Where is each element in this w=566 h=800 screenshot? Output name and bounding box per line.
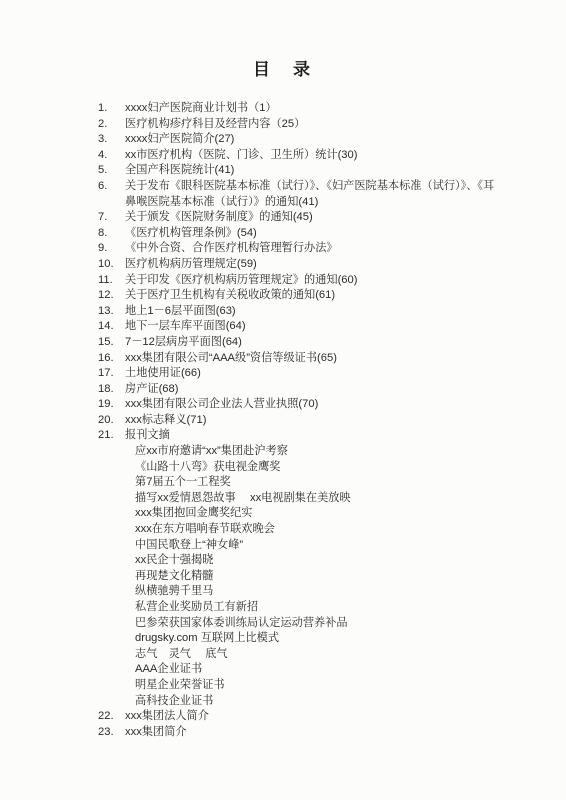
toc-item-text: 全国产科医院统计(41) — [125, 163, 500, 179]
toc-item-text: 7－12层病房平面图(64) — [125, 335, 500, 351]
toc-item-text: 报刊文摘 — [125, 428, 500, 444]
toc-subitem: 纵横驰骋千里马 — [135, 584, 500, 600]
toc-item-text: 《医疗机构管理条例》(54) — [125, 226, 500, 242]
toc-item: 1.xxxx妇产医院商业计划书（1） — [98, 101, 500, 117]
toc-subitem: xxx集团抱回金鹰奖纪实 — [135, 506, 500, 522]
toc-item: 11.关于印发《医疗机构病历管理规定》的通知(60) — [98, 273, 500, 289]
toc-item-number: 5. — [98, 163, 125, 179]
toc-item: 18.房产证(68) — [98, 382, 500, 398]
toc-item-number: 11. — [98, 273, 125, 289]
toc-item-text: xxx集团法人简介 — [125, 709, 500, 725]
toc-item-number: 20. — [98, 413, 125, 429]
toc-item-text: 关于发布《眼科医院基本标准（试行）》、《妇产医院基本标准（试行）》、《耳鼻喉医院… — [125, 179, 500, 210]
toc-subitem: 中国民歌登上“神女峰” — [135, 538, 500, 554]
toc-subitem: 再现楚文化精髓 — [135, 569, 500, 585]
toc-item-number: 2. — [98, 117, 125, 133]
toc-item: 9.《中外合资、合作医疗机构管理暂行办法》 — [98, 241, 500, 257]
toc-item-number: 19. — [98, 397, 125, 413]
toc-subitem: 私营企业奖励员工有新招 — [135, 600, 500, 616]
toc-item-number: 10. — [98, 257, 125, 273]
toc-subitem: xxx在东方唱响春节联欢晚会 — [135, 522, 500, 538]
toc-item-text: 关于医疗卫生机构有关税收政策的通知(61) — [125, 288, 500, 304]
toc-item: 22.xxx集团法人简介 — [98, 709, 500, 725]
toc-item: 6.关于发布《眼科医院基本标准（试行）》、《妇产医院基本标准（试行）》、《耳鼻喉… — [98, 179, 500, 210]
toc-item-number: 6. — [98, 179, 125, 195]
toc-item: 16.xxx集团有限公司“AAA级”资信等级证书(65) — [98, 351, 500, 367]
toc-item: 5.全国产科医院统计(41) — [98, 163, 500, 179]
toc-item: 10.医疗机构病历管理规定(59) — [98, 257, 500, 273]
toc-item-number: 7. — [98, 210, 125, 226]
toc-item-text: xxx标志释义(71) — [125, 413, 500, 429]
toc-list: 1.xxxx妇产医院商业计划书（1）2.医疗机构疹疗科目及经营内容（25）3.x… — [0, 101, 566, 740]
toc-item-number: 16. — [98, 351, 125, 367]
toc-item-text: 地上1－6层平面图(63) — [125, 304, 500, 320]
toc-subitem: 高科技企业证书 — [135, 694, 500, 710]
toc-subitem: 应xx市府邀请“xx”集团赴沪考察 — [135, 444, 500, 460]
toc-item: 12.关于医疗卫生机构有关税收政策的通知(61) — [98, 288, 500, 304]
toc-subitem: 志气 灵气 底气 — [135, 647, 500, 663]
toc-item: 23.xxx集团简介 — [98, 725, 500, 741]
toc-subitem: 明星企业荣誉证书 — [135, 678, 500, 694]
toc-item-text: 房产证(68) — [125, 382, 500, 398]
toc-item-text: xxxx妇产医院商业计划书（1） — [125, 101, 500, 117]
toc-subitem: AAA企业证书 — [135, 662, 500, 678]
toc-item-text: 医疗机构病历管理规定(59) — [125, 257, 500, 273]
toc-item: 19.xxx集团有限公司企业法人营业执照(70) — [98, 397, 500, 413]
toc-item-text: 土地使用证(66) — [125, 366, 500, 382]
toc-item: 15.7－12层病房平面图(64) — [98, 335, 500, 351]
toc-subitem: xx民企十强揭晓 — [135, 553, 500, 569]
toc-item-number: 23. — [98, 725, 125, 741]
toc-item-number: 1. — [98, 101, 125, 117]
toc-item: 4.xx市医疗机构（医院、门诊、卫生所）统计(30) — [98, 148, 500, 164]
toc-subitem: 第7届五个一工程奖 — [135, 475, 500, 491]
toc-item-number: 21. — [98, 428, 125, 444]
toc-item-number: 15. — [98, 335, 125, 351]
toc-item-text: 地下一层车库平面图(64) — [125, 319, 500, 335]
toc-item: 20.xxx标志释义(71) — [98, 413, 500, 429]
toc-item: 14.地下一层车库平面图(64) — [98, 319, 500, 335]
toc-sublist: 应xx市府邀请“xx”集团赴沪考察《山路十八弯》获电视金鹰奖第7届五个一工程奖描… — [135, 444, 500, 709]
toc-item-number: 4. — [98, 148, 125, 164]
toc-subitem: 巴参荣获国家体委训练局认定运动营养补品 — [135, 616, 500, 632]
page-title: 目 录 — [0, 0, 566, 80]
toc-item-text: 关于印发《医疗机构病历管理规定》的通知(60) — [125, 273, 500, 289]
toc-item-number: 14. — [98, 319, 125, 335]
toc-item-number: 8. — [98, 226, 125, 242]
toc-item: 2.医疗机构疹疗科目及经营内容（25） — [98, 117, 500, 133]
toc-item-text: xxx集团简介 — [125, 725, 500, 741]
toc-subitem: 描写xx爱情恩怨故事 xx电视剧集在美放映 — [135, 491, 500, 507]
toc-item-text: 关于颁发《医院财务制度》的通知(45) — [125, 210, 500, 226]
toc-item-text: 《中外合资、合作医疗机构管理暂行办法》 — [125, 241, 500, 257]
toc-subitem: 《山路十八弯》获电视金鹰奖 — [135, 460, 500, 476]
toc-item-text: xxx集团有限公司“AAA级”资信等级证书(65) — [125, 351, 500, 367]
toc-item-text: xx市医疗机构（医院、门诊、卫生所）统计(30) — [125, 148, 500, 164]
toc-item-number: 13. — [98, 304, 125, 320]
toc-item: 21.报刊文摘 — [98, 428, 500, 444]
toc-item-text: xxx集团有限公司企业法人营业执照(70) — [125, 397, 500, 413]
toc-item: 8.《医疗机构管理条例》(54) — [98, 226, 500, 242]
toc-item-text: xxxx妇产医院简介(27) — [125, 132, 500, 148]
toc-item-number: 12. — [98, 288, 125, 304]
toc-item-text: 医疗机构疹疗科目及经营内容（25） — [125, 117, 500, 133]
toc-item: 13.地上1－6层平面图(63) — [98, 304, 500, 320]
toc-item-number: 3. — [98, 132, 125, 148]
toc-subitem: drugsky.com 互联网上比模式 — [135, 631, 500, 647]
toc-item-number: 18. — [98, 382, 125, 398]
toc-item: 17.土地使用证(66) — [98, 366, 500, 382]
toc-item: 7.关于颁发《医院财务制度》的通知(45) — [98, 210, 500, 226]
toc-item-number: 17. — [98, 366, 125, 382]
document-page: 目 录 1.xxxx妇产医院商业计划书（1）2.医疗机构疹疗科目及经营内容（25… — [0, 0, 566, 800]
toc-item-number: 22. — [98, 709, 125, 725]
toc-item: 3.xxxx妇产医院简介(27) — [98, 132, 500, 148]
toc-item-number: 9. — [98, 241, 125, 257]
